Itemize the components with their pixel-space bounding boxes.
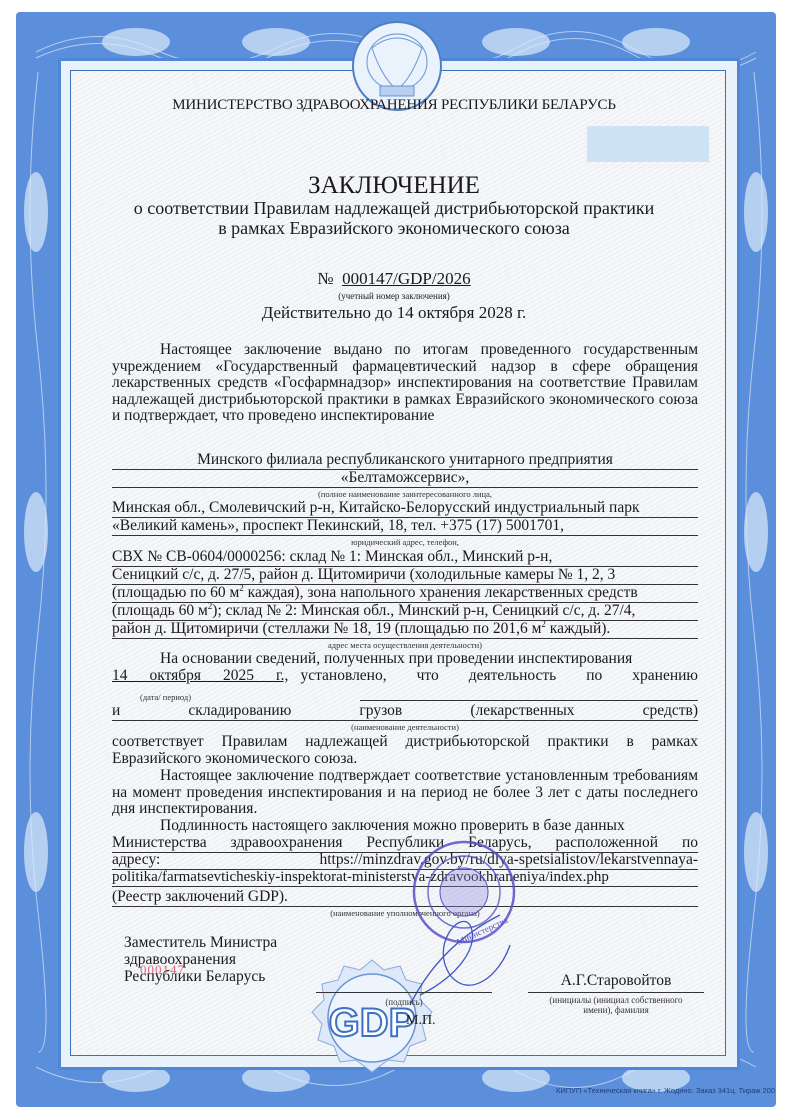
site-line3-part1: (площадью по 60 м [112,584,239,601]
position-line1: Заместитель Министра [124,934,277,951]
verify-line1: Подлинность настоящего заключения можно … [112,818,698,835]
activity-caption: (наименование деятельности) [112,722,698,732]
entity-name-line2: «Белтаможсервис», [112,470,698,488]
registration-number: № 000147/GDP/2026 [0,270,788,287]
verify-line2: Министерства здравоохранения Республики … [112,835,698,853]
site-line4-part1: (площадь 60 м [112,602,208,619]
validity-paragraph: Настоящее заключение подтверждает соотве… [112,768,698,818]
basis-line1: На основании сведений, полученных при пр… [112,651,698,668]
site-line4: (площадь 60 м2); склад № 2: Минская обл.… [112,603,698,621]
signature-line [316,992,492,993]
number-sign: № [317,269,333,288]
site-line5-part2: каждый). [546,620,610,637]
entity-name-line1: Минского филиала республиканского унитар… [112,452,698,470]
compliance-paragraph: соответствует Правилам надлежащей дистри… [112,734,698,767]
verify-line5: (Реестр заключений GDP). [112,889,698,907]
activity-line: и складированию грузов (лекарственных ср… [112,703,698,721]
basis-rest: установлено, что деятельность по хранени… [300,667,698,684]
document-title: ЗАКЛЮЧЕНИЕ [0,172,788,200]
name-line [528,992,704,993]
site-line5: район д. Щитомиричи (стеллажи № 18, 19 (… [112,621,698,639]
stamp-place-mark: М.П. [406,1013,436,1029]
ministry-heading: МИНИСТЕРСТВО ЗДРАВООХРАНЕНИЯ РЕСПУБЛИКИ … [0,97,788,114]
printer-imprint: КИПУП «Техническая книга» г. Жодино. Зак… [556,1086,775,1095]
number-value: 000147/GDP/2026 [342,269,470,288]
signatory-name: А.Г.Старовойтов [528,972,704,990]
site-line3-part2: каждая), зона напольного хранения лекарс… [244,584,638,601]
signature-caption: (подпись) [316,997,492,1007]
site-line5-part1: район д. Щитомиричи (стеллажи № 18, 19 (… [112,620,541,637]
name-caption-line2: имени), фамилия [528,1005,704,1015]
site-line1: СВХ № СВ-0604/0000256: склад № 1: Минска… [112,549,698,567]
rule [360,700,698,701]
document-subtitle-line1: о соответствии Правилам надлежащей дистр… [0,198,788,218]
intro-paragraph: Настоящее заключение выдано по итогам пр… [112,342,698,425]
document-subtitle-line2: в рамках Евразийского экономического сою… [0,218,788,238]
verify-url-part2[interactable]: politika/farmatsevticheskiy-inspektorat-… [112,869,698,887]
verify-address-label: адресу: [112,852,160,869]
address-line2: «Великий камень», проспект Пекинский, 18… [112,518,698,536]
site-line3: (площадью по 60 м2 каждая), зона напольн… [112,585,698,603]
verify-line3: адресу: https://minzdrav.gov.by/ru/dlya-… [112,852,698,870]
name-caption: (инициалы (инициал собственного имени), … [528,995,704,1015]
basis-line2: 14 октября 2025 г., установлено, что дея… [112,668,698,685]
address-caption: юридический адрес, телефон, [112,537,698,547]
validity-date: Действительно до 14 октября 2028 г. [0,304,788,321]
name-caption-line1: (инициалы (инициал собственного [528,995,704,1005]
site-caption: адрес места осуществления деятельности) [112,640,698,650]
address-line1: Минская обл., Смолевичский р-н, Китайско… [112,500,698,518]
entity-caption: (полное наименование заинтересованного л… [112,489,698,499]
site-line4-part2: ); склад № 2: Минская обл., Минский р-н,… [212,602,635,619]
number-caption: (учетный номер заключения) [0,291,788,301]
site-line2: Сеницкий с/с, д. 27/5, район д. Щитомири… [112,567,698,585]
redacted-area [587,126,709,162]
serial-number: 000147 [140,962,185,978]
inspection-date: 14 октября 2025 г., [112,667,288,684]
